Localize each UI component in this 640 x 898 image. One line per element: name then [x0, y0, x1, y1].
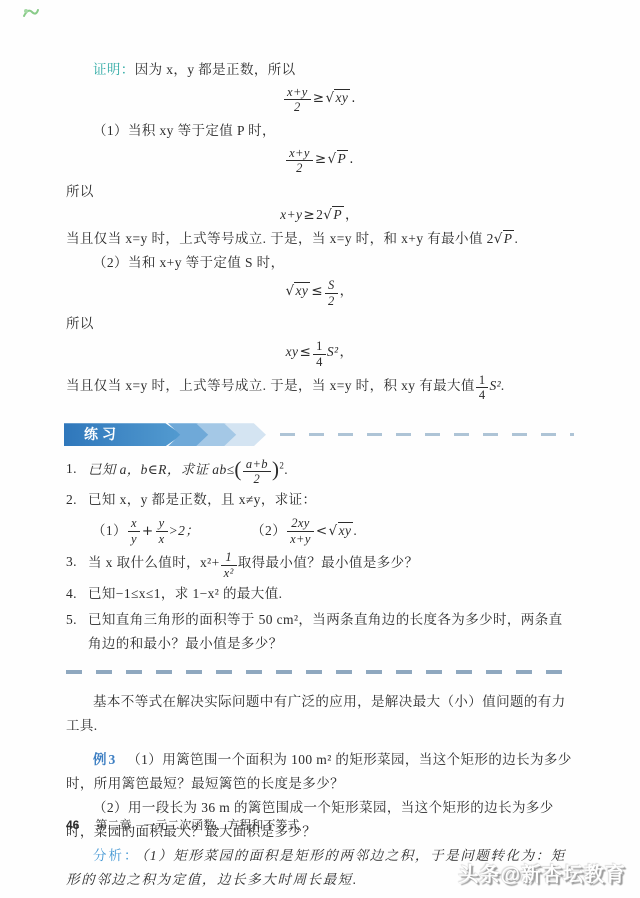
page-footer: 46 第二章 一元二次函数、方程和不等式 — [66, 816, 299, 833]
formula-sum-min: x+y≥2√P， — [66, 207, 574, 224]
proof-so1-line: 所以 — [66, 180, 574, 204]
page-content: 证明：因为 x，y 都是正数，所以 x+y2≥√xy. （1）当积 xy 等于定… — [0, 0, 640, 892]
sqrt-P: √P — [328, 151, 349, 166]
proof-conclusion1-line: 当且仅当 x=y 时，上式等号成立. 于是，当 x=y 时，和 x+y 有最小值… — [66, 227, 574, 251]
sqrt-xy: √xy — [285, 283, 310, 298]
textbook-page: 证明：因为 x，y 都是正数，所以 x+y2≥√xy. （1）当积 xy 等于定… — [0, 0, 640, 898]
proof-intro-line: 证明：因为 x，y 都是正数，所以 — [66, 58, 574, 82]
fraction: yx — [156, 516, 168, 546]
exercise-item-5: 5. 已知直角三角形的面积等于 50 cm²，当两条直角边的长度各为多少时，两条… — [66, 608, 574, 656]
formula-case2: √xy≤S2， — [66, 278, 574, 308]
analysis-keyword: 分析： — [93, 848, 140, 863]
practice-section-banner: 练习 — [64, 423, 574, 447]
exercise-item-3: 3. 当 x 取什么值时，x²+1x²取得最小值？最小值是多少？ — [66, 550, 574, 580]
proof-keyword: 证明： — [93, 62, 135, 77]
fraction: 1x² — [221, 550, 237, 580]
fraction: x+y2 — [284, 85, 311, 115]
formula-case1: x+y2≥√P. — [66, 146, 574, 176]
sqrt-P: √P — [494, 231, 515, 246]
page-number: 46 — [66, 818, 79, 832]
sqrt-xy: √xy — [329, 519, 354, 543]
watermark: 头条@新杏坛教育 — [458, 858, 626, 887]
proof-intro-text: 因为 x，y 都是正数，所以 — [135, 62, 296, 77]
exercise-item-4: 4. 已知−1≤x≤1，求 1−x² 的最大值. — [66, 582, 574, 606]
sqrt-xy: √xy — [325, 90, 350, 105]
practice-title: 练习 — [84, 422, 120, 447]
banner-dashed-line — [280, 433, 574, 436]
fraction: 14 — [313, 339, 326, 369]
fraction: S2 — [325, 278, 338, 308]
chapter-title: 第二章 一元二次函数、方程和不等式 — [95, 816, 299, 833]
fraction: x+y2 — [286, 146, 313, 176]
proof-conclusion2-line: 当且仅当 x=y 时，上式等号成立. 于是，当 x=y 时，积 xy 有最大值1… — [66, 373, 574, 403]
proof-case2-line: （2）当和 x+y 等于定值 S 时， — [66, 251, 574, 275]
practice-title-box: 练习 — [64, 423, 182, 446]
fraction: xy — [128, 516, 140, 546]
exercise-item-2: 2. 已知 x，y 都是正数，且 x≠y，求证： （1）xy+yx>2； （2）… — [66, 488, 574, 548]
sqrt-P: √P — [323, 207, 344, 222]
formula-am-gm: x+y2≥√xy. — [66, 85, 574, 115]
application-intro: 基本不等式在解决实际问题中有广泛的应用，是解决最大（小）值问题的有力工具. — [66, 690, 574, 738]
formula-product-max: xy≤14S²， — [66, 339, 574, 369]
exercise-list: 1. 已知 a，b∈R，求证 ab≤(a+b2)2. 2. 已知 x，y 都是正… — [66, 457, 574, 656]
fraction: 14 — [476, 373, 489, 403]
corner-leaf-icon — [22, 6, 40, 25]
fraction: a+b2 — [243, 457, 271, 487]
example3-paragraph-1: 例3（1）用篱笆围一个面积为 100 m² 的矩形菜园，当这个矩形的边长为多少时… — [66, 748, 574, 796]
exercise-item-1: 1. 已知 a，b∈R，求证 ab≤(a+b2)2. — [66, 457, 574, 487]
fraction: 2xyx+y — [287, 516, 314, 546]
exercise-2-subitems: （1）xy+yx>2； （2）2xyx+y<√xy. — [92, 516, 574, 546]
proof-so2-line: 所以 — [66, 312, 574, 336]
example3-keyword: 例3 — [93, 752, 117, 767]
section-divider-dashes — [66, 670, 574, 674]
proof-case1-line: （1）当积 xy 等于定值 P 时， — [66, 119, 574, 143]
